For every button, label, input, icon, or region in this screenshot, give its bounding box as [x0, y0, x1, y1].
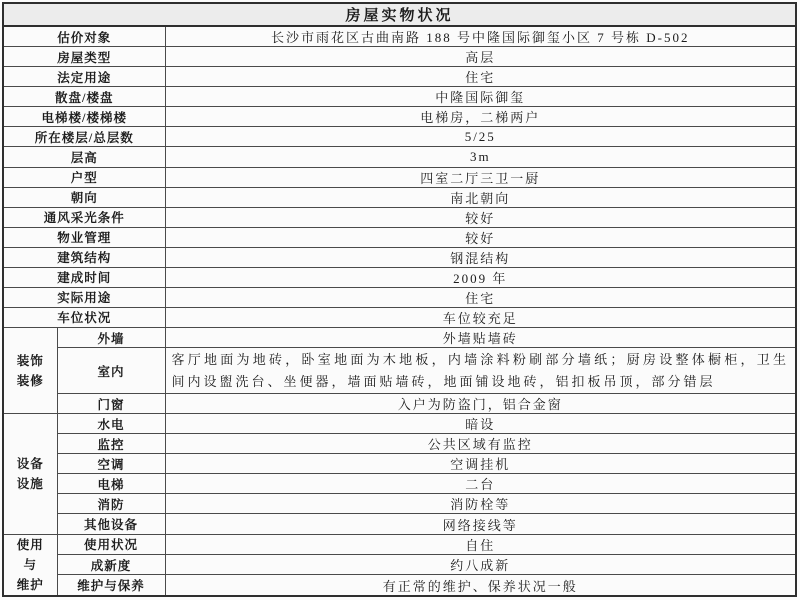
table-row-build-year: 建成时间 2009 年 — [3, 267, 796, 287]
group-label-decoration: 装饰 装修 — [3, 328, 57, 414]
row-label: 物业管理 — [3, 227, 165, 247]
table-row-interior: 室内 客厅地面为地砖，卧室地面为木地板，内墙涂料粉刷部分墙纸；厨房设整体橱柜，卫… — [3, 348, 796, 394]
row-label: 使用状况 — [57, 534, 165, 554]
row-value: 较好 — [165, 207, 796, 227]
row-value: 2009 年 — [165, 267, 796, 287]
row-value: 车位较充足 — [165, 307, 796, 327]
table-row-estate: 散盘/楼盘 中隆国际御玺 — [3, 87, 796, 107]
table-row-structure: 建筑结构 钢混结构 — [3, 247, 796, 267]
table-row-surveillance: 监控 公共区域有监控 — [3, 434, 796, 454]
row-label: 消防 — [57, 494, 165, 514]
row-label: 监控 — [57, 434, 165, 454]
row-value: 较好 — [165, 227, 796, 247]
row-value: 电梯房，二梯两户 — [165, 107, 796, 127]
row-value: 高层 — [165, 47, 796, 67]
table-row-ventilation: 通风采光条件 较好 — [3, 207, 796, 227]
row-value: 住宅 — [165, 67, 796, 87]
row-label: 估价对象 — [3, 26, 165, 47]
row-value: 网络接线等 — [165, 514, 796, 534]
row-label: 外墙 — [57, 328, 165, 348]
row-label: 建成时间 — [3, 267, 165, 287]
table-row-exterior-wall: 装饰 装修 外墙 外墙贴墙砖 — [3, 328, 796, 348]
table-row-floor-height: 层高 3m — [3, 147, 796, 167]
row-value: 外墙贴墙砖 — [165, 328, 796, 348]
table-row-layout: 户型 四室二厅三卫一厨 — [3, 167, 796, 187]
table-row-actual-use: 实际用途 住宅 — [3, 287, 796, 307]
row-label: 朝向 — [3, 187, 165, 207]
row-label: 其他设备 — [57, 514, 165, 534]
table-row-newness: 成新度 约八成新 — [3, 554, 796, 574]
row-label: 维护与保养 — [57, 575, 165, 596]
row-value: 消防栓等 — [165, 494, 796, 514]
row-value: 入户为防盗门，铝合金窗 — [165, 394, 796, 414]
row-value: 暗设 — [165, 414, 796, 434]
row-label: 门窗 — [57, 394, 165, 414]
row-value: 公共区域有监控 — [165, 434, 796, 454]
row-value: 中隆国际御玺 — [165, 87, 796, 107]
row-label: 建筑结构 — [3, 247, 165, 267]
row-value: 自住 — [165, 534, 796, 554]
row-label: 空调 — [57, 454, 165, 474]
row-label: 层高 — [3, 147, 165, 167]
table-row-maintenance: 维护与保养 有正常的维护、保养状况一般 — [3, 575, 796, 596]
row-label: 成新度 — [57, 554, 165, 574]
row-value: 5/25 — [165, 127, 796, 147]
row-label: 水电 — [57, 414, 165, 434]
group-label-facilities: 设备 设施 — [3, 414, 57, 534]
row-label: 车位状况 — [3, 307, 165, 327]
row-value: 住宅 — [165, 287, 796, 307]
row-label: 所在楼层/总层数 — [3, 127, 165, 147]
row-value: 长沙市雨花区古曲南路 188 号中隆国际御玺小区 7 号栋 D-502 — [165, 26, 796, 47]
table-row-house-type: 房屋类型 高层 — [3, 47, 796, 67]
row-value: 南北朝向 — [165, 187, 796, 207]
row-value: 有正常的维护、保养状况一般 — [165, 575, 796, 596]
table-title-row: 房屋实物状况 — [3, 3, 796, 26]
row-label: 室内 — [57, 348, 165, 394]
table-row-legal-use: 法定用途 住宅 — [3, 67, 796, 87]
table-row-elevator-type: 电梯楼/楼梯楼 电梯房，二梯两户 — [3, 107, 796, 127]
row-value: 四室二厅三卫一厨 — [165, 167, 796, 187]
row-label: 电梯 — [57, 474, 165, 494]
table-row-fire-protection: 消防 消防栓等 — [3, 494, 796, 514]
row-label: 实际用途 — [3, 287, 165, 307]
table-row-parking: 车位状况 车位较充足 — [3, 307, 796, 327]
row-value: 钢混结构 — [165, 247, 796, 267]
row-value: 约八成新 — [165, 554, 796, 574]
table-row-elevator-count: 电梯 二台 — [3, 474, 796, 494]
table-row-floor-number: 所在楼层/总层数 5/25 — [3, 127, 796, 147]
table-row-usage-status: 使用 与 维护 使用状况 自住 — [3, 534, 796, 554]
table-row-other-equipment: 其他设备 网络接线等 — [3, 514, 796, 534]
row-label: 电梯楼/楼梯楼 — [3, 107, 165, 127]
table-row-orientation: 朝向 南北朝向 — [3, 187, 796, 207]
table-row-appraisal-target: 估价对象 长沙市雨花区古曲南路 188 号中隆国际御玺小区 7 号栋 D-502 — [3, 26, 796, 47]
row-value: 二台 — [165, 474, 796, 494]
table-row-doors-windows: 门窗 入户为防盗门，铝合金窗 — [3, 394, 796, 414]
row-value: 空调挂机 — [165, 454, 796, 474]
row-label: 房屋类型 — [3, 47, 165, 67]
row-value: 客厅地面为地砖，卧室地面为木地板，内墙涂料粉刷部分墙纸；厨房设整体橱柜，卫生间内… — [165, 348, 796, 394]
row-label: 户型 — [3, 167, 165, 187]
table-row-property-management: 物业管理 较好 — [3, 227, 796, 247]
table-row-air-conditioning: 空调 空调挂机 — [3, 454, 796, 474]
table-title: 房屋实物状况 — [3, 3, 796, 26]
row-value: 3m — [165, 147, 796, 167]
row-label: 法定用途 — [3, 67, 165, 87]
property-condition-table: 房屋实物状况 估价对象 长沙市雨花区古曲南路 188 号中隆国际御玺小区 7 号… — [2, 2, 797, 597]
row-label: 通风采光条件 — [3, 207, 165, 227]
group-label-usage-maintenance: 使用 与 维护 — [3, 534, 57, 596]
row-label: 散盘/楼盘 — [3, 87, 165, 107]
appraisal-document-sheet: 房屋实物状况 估价对象 长沙市雨花区古曲南路 188 号中隆国际御玺小区 7 号… — [2, 2, 797, 597]
table-row-water-electricity: 设备 设施 水电 暗设 — [3, 414, 796, 434]
